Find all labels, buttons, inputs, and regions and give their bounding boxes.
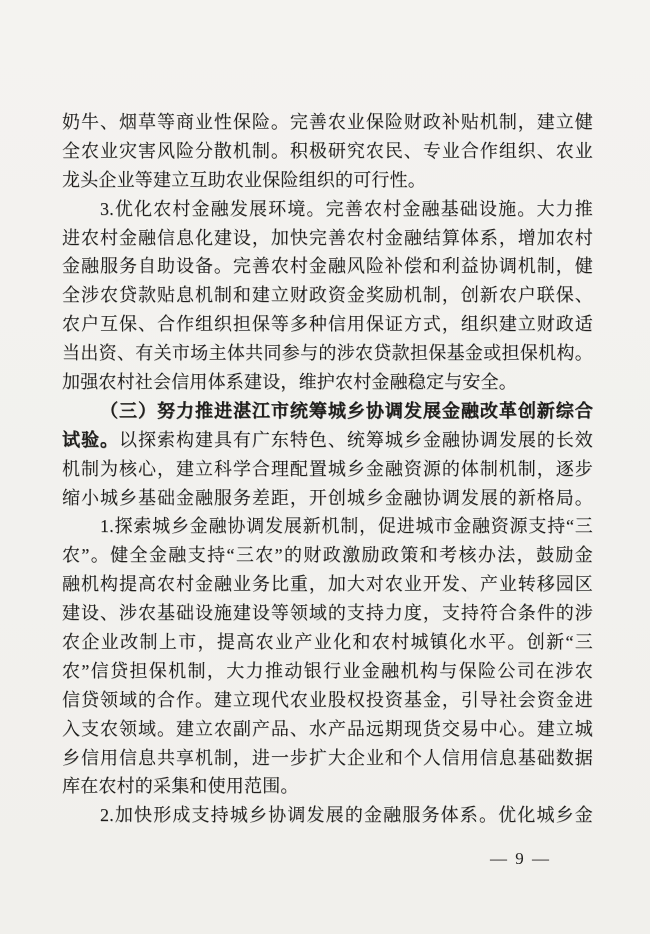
- doc-line: 入支农领域。建立农副产品、水产品远期现货交易中心。建立城: [62, 715, 593, 744]
- doc-heading-line: 试验。以探索构建具有广东特色、统筹城乡金融协调发展的长效: [62, 426, 593, 455]
- doc-line-text: 建设、涉农基础设施建设等领域的支持力度，支持符合条件的涉: [62, 603, 593, 623]
- page-number: — 9 —: [490, 849, 551, 869]
- doc-line: 加强农村社会信用体系建设，维护农村金融稳定与安全。: [62, 368, 593, 397]
- doc-line-text: 缩小城乡基础金融服务差距，开创城乡金融协调发展的新格局。: [62, 488, 593, 508]
- doc-heading-bold-text: （三）努力推进湛江市统筹城乡协调发展金融改革创新综合: [100, 401, 593, 421]
- document-text-block: 奶牛、烟草等商业性保险。完善农业保险财政补贴机制，建立健 全农业灾害风险分散机制…: [62, 108, 593, 830]
- doc-line: 全农业灾害风险分散机制。积极研究农民、专业合作组织、农业: [62, 137, 593, 166]
- doc-line-text: 农”信贷担保机制，大力推动银行业金融机构与保险公司在涉农: [62, 661, 593, 681]
- doc-line-text: 金融服务自助设备。完善农村金融风险补偿和利益协调机制，健: [62, 256, 593, 276]
- doc-line-text: 全农业灾害风险分散机制。积极研究农民、专业合作组织、农业: [62, 141, 593, 161]
- doc-line-text: 2.加快形成支持城乡协调发展的金融服务体系。优化城乡金: [100, 805, 593, 825]
- doc-line: 农户互保、合作组织担保等多种信用保证方式，组织建立财政适: [62, 310, 593, 339]
- doc-line: 农”。健全金融支持“三农”的财政激励政策和考核办法，鼓励金: [62, 541, 593, 570]
- doc-line: 农”信贷担保机制，大力推动银行业金融机构与保险公司在涉农: [62, 657, 593, 686]
- doc-line: 奶牛、烟草等商业性保险。完善农业保险财政补贴机制，建立健: [62, 108, 593, 137]
- doc-line-text: 加强农村社会信用体系建设，维护农村金融稳定与安全。: [62, 372, 517, 392]
- doc-line: 建设、涉农基础设施建设等领域的支持力度，支持符合条件的涉: [62, 599, 593, 628]
- doc-line: 进农村金融信息化建设，加快完善农村金融结算体系，增加农村: [62, 224, 593, 253]
- doc-line-text: 以探索构建具有广东特色、统筹城乡金融协调发展的长效: [119, 430, 593, 450]
- doc-line-text: 库在农村的采集和使用范围。: [62, 776, 299, 796]
- doc-line-text: 农户互保、合作组织担保等多种信用保证方式，组织建立财政适: [62, 314, 593, 334]
- doc-line-text: 龙头企业等建立互助农业保险组织的可行性。: [62, 170, 426, 190]
- doc-line-text: 当出资、有关市场主体共同参与的涉农贷款担保基金或担保机构。: [62, 343, 593, 363]
- doc-line-text: 农企业改制上市，提高农业产业化和农村城镇化水平。创新“三: [62, 632, 593, 652]
- doc-line-text: 奶牛、烟草等商业性保险。完善农业保险财政补贴机制，建立健: [62, 112, 593, 132]
- doc-line: 乡信用信息共享机制，进一步扩大企业和个人信用信息基础数据: [62, 744, 593, 773]
- doc-line-text: 全涉农贷款贴息机制和建立财政资金奖励机制，创新农户联保、: [62, 285, 593, 305]
- doc-line: 农企业改制上市，提高农业产业化和农村城镇化水平。创新“三: [62, 628, 593, 657]
- doc-line: 库在农村的采集和使用范围。: [62, 772, 593, 801]
- doc-heading-bold-text: 试验。: [62, 430, 119, 450]
- doc-line: 全涉农贷款贴息机制和建立财政资金奖励机制，创新农户联保、: [62, 281, 593, 310]
- doc-line-text: 乡信用信息共享机制，进一步扩大企业和个人信用信息基础数据: [62, 748, 593, 768]
- doc-line-text: 1.探索城乡金融协调发展新机制，促进城市金融资源支持“三: [100, 516, 593, 536]
- doc-line: 1.探索城乡金融协调发展新机制，促进城市金融资源支持“三: [62, 512, 593, 541]
- doc-line-text: 进农村金融信息化建设，加快完善农村金融结算体系，增加农村: [62, 228, 593, 248]
- doc-line: 金融服务自助设备。完善农村金融风险补偿和利益协调机制，健: [62, 252, 593, 281]
- doc-line: 当出资、有关市场主体共同参与的涉农贷款担保基金或担保机构。: [62, 339, 593, 368]
- doc-line: 龙头企业等建立互助农业保险组织的可行性。: [62, 166, 593, 195]
- doc-line: 机制为核心，建立科学合理配置城乡金融资源的体制机制，逐步: [62, 455, 593, 484]
- doc-line: 融机构提高农村金融业务比重，加大对农业开发、产业转移园区: [62, 570, 593, 599]
- doc-line-text: 信贷领域的合作。建立现代农业股权投资基金，引导社会资金进: [62, 690, 593, 710]
- doc-line-text: 3.优化农村金融发展环境。完善农村金融基础设施。大力推: [100, 199, 593, 219]
- doc-line-text: 机制为核心，建立科学合理配置城乡金融资源的体制机制，逐步: [62, 459, 593, 479]
- doc-line-text: 融机构提高农村金融业务比重，加大对农业开发、产业转移园区: [62, 574, 593, 594]
- doc-line: 3.优化农村金融发展环境。完善农村金融基础设施。大力推: [62, 195, 593, 224]
- doc-line: 缩小城乡基础金融服务差距，开创城乡金融协调发展的新格局。: [62, 484, 593, 513]
- doc-line: 2.加快形成支持城乡协调发展的金融服务体系。优化城乡金: [62, 801, 593, 830]
- doc-line-text: 农”。健全金融支持“三农”的财政激励政策和考核办法，鼓励金: [62, 545, 593, 565]
- doc-heading-line: （三）努力推进湛江市统筹城乡协调发展金融改革创新综合: [62, 397, 593, 426]
- doc-line-text: 入支农领域。建立农副产品、水产品远期现货交易中心。建立城: [62, 719, 593, 739]
- scanned-document-page: 奶牛、烟草等商业性保险。完善农业保险财政补贴机制，建立健 全农业灾害风险分散机制…: [0, 0, 650, 934]
- doc-line: 信贷领域的合作。建立现代农业股权投资基金，引导社会资金进: [62, 686, 593, 715]
